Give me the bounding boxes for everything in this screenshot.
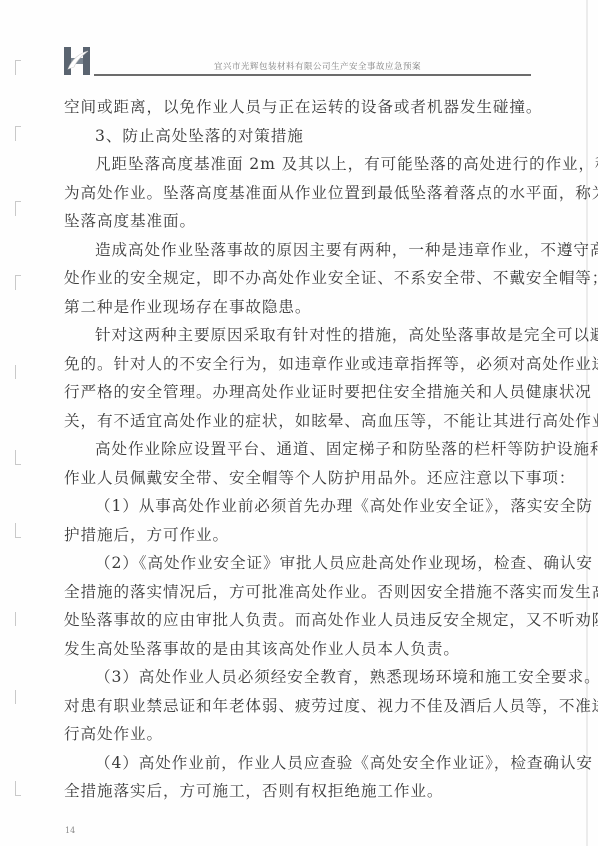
text-line: 免的。针对人的不安全行为，如违章作业或违章指挥等，必须对高处作业进 — [64, 350, 532, 379]
binding-mark — [15, 60, 21, 75]
binding-mark — [15, 275, 21, 290]
text-line: 针对这两种主要原因采取有针对性的措施，高处坠落事故是完全可以避 — [64, 321, 532, 350]
binding-mark — [15, 690, 21, 704]
header-rule — [94, 74, 531, 76]
text-line: 行高处作业。 — [64, 720, 532, 749]
text-line: 处作业的安全规定，即不办高处作业安全证、不系安全带、不戴安全帽等； — [64, 264, 532, 293]
text-line: 第二种是作业现场存在事故隐患。 — [64, 293, 532, 322]
text-line: 为高处作业。坠落高度基准面从作业位置到最低坠落着落点的水平面，称为 — [64, 179, 532, 208]
binding-mark — [15, 612, 21, 626]
document-body: 空间或距离，以免作业人员与正在运转的设备或者机器发生碰撞。3、防止高处坠落的对策… — [64, 93, 532, 806]
text-line: 造成高处作业坠落事故的原因主要有两种，一种是违章作业，不遵守高 — [64, 236, 532, 265]
text-line: 全措施的落实情况后，方可批准高处作业。否则因安全措施不落实而发生高 — [64, 578, 532, 607]
text-line: 3、防止高处坠落的对策措施 — [64, 122, 532, 151]
text-line: 关，有不适宜高处作业的症状，如眩晕、高血压等，不能让其进行高处作业。 — [64, 407, 532, 436]
page-header: 宜兴市光辉包装材料有限公司生产安全事故应急预案 — [64, 47, 531, 77]
binding-mark — [15, 201, 21, 216]
binding-mark — [15, 781, 21, 796]
binding-mark — [15, 365, 21, 379]
page-number: 14 — [65, 826, 75, 835]
text-line: （3）高处作业人员必须经安全教育，熟悉现场环境和施工安全要求。 — [64, 663, 532, 692]
text-line: 作业人员佩戴安全带、安全帽等个人防护用品外。还应注意以下事项： — [64, 464, 532, 493]
binding-mark — [15, 523, 21, 538]
binding-mark — [15, 126, 21, 141]
text-line: 高处作业除应设置平台、通道、固定梯子和防坠落的栏杆等防护设施和 — [64, 435, 532, 464]
binding-mark — [15, 450, 21, 465]
text-line: 护措施后，方可作业。 — [64, 521, 532, 550]
text-line: （1）从事高处作业前必须首先办理《高处作业安全证》，落实安全防 — [64, 492, 532, 521]
header-title: 宜兴市光辉包装材料有限公司生产安全事故应急预案 — [64, 60, 531, 72]
text-line: 坠落高度基准面。 — [64, 207, 532, 236]
text-line: 全措施落实后，方可施工，否则有权拒绝施工作业。 — [64, 777, 532, 806]
text-line: 对患有职业禁忌证和年老体弱、疲劳过度、视力不佳及酒后人员等，不准进 — [64, 692, 532, 721]
text-line: 处坠落事故的应由审批人负责。而高处作业人员违反安全规定，又不听劝阻 — [64, 606, 532, 635]
text-line: 行严格的安全管理。办理高处作业证时要把住安全措施关和人员健康状况 — [64, 378, 532, 407]
text-line: （4）高处作业前，作业人员应查验《高处安全作业证》，检查确认安 — [64, 749, 532, 778]
text-line: 发生高处坠落事故的是由其该高处作业人员本人负责。 — [64, 635, 532, 664]
text-line: （2）《高处作业安全证》审批人员应赴高处作业现场，检查、确认安 — [64, 549, 532, 578]
text-line: 空间或距离，以免作业人员与正在运转的设备或者机器发生碰撞。 — [64, 93, 532, 122]
text-line: 凡距坠落高度基准面 2m 及其以上，有可能坠落的高处进行的作业，称 — [64, 150, 532, 179]
